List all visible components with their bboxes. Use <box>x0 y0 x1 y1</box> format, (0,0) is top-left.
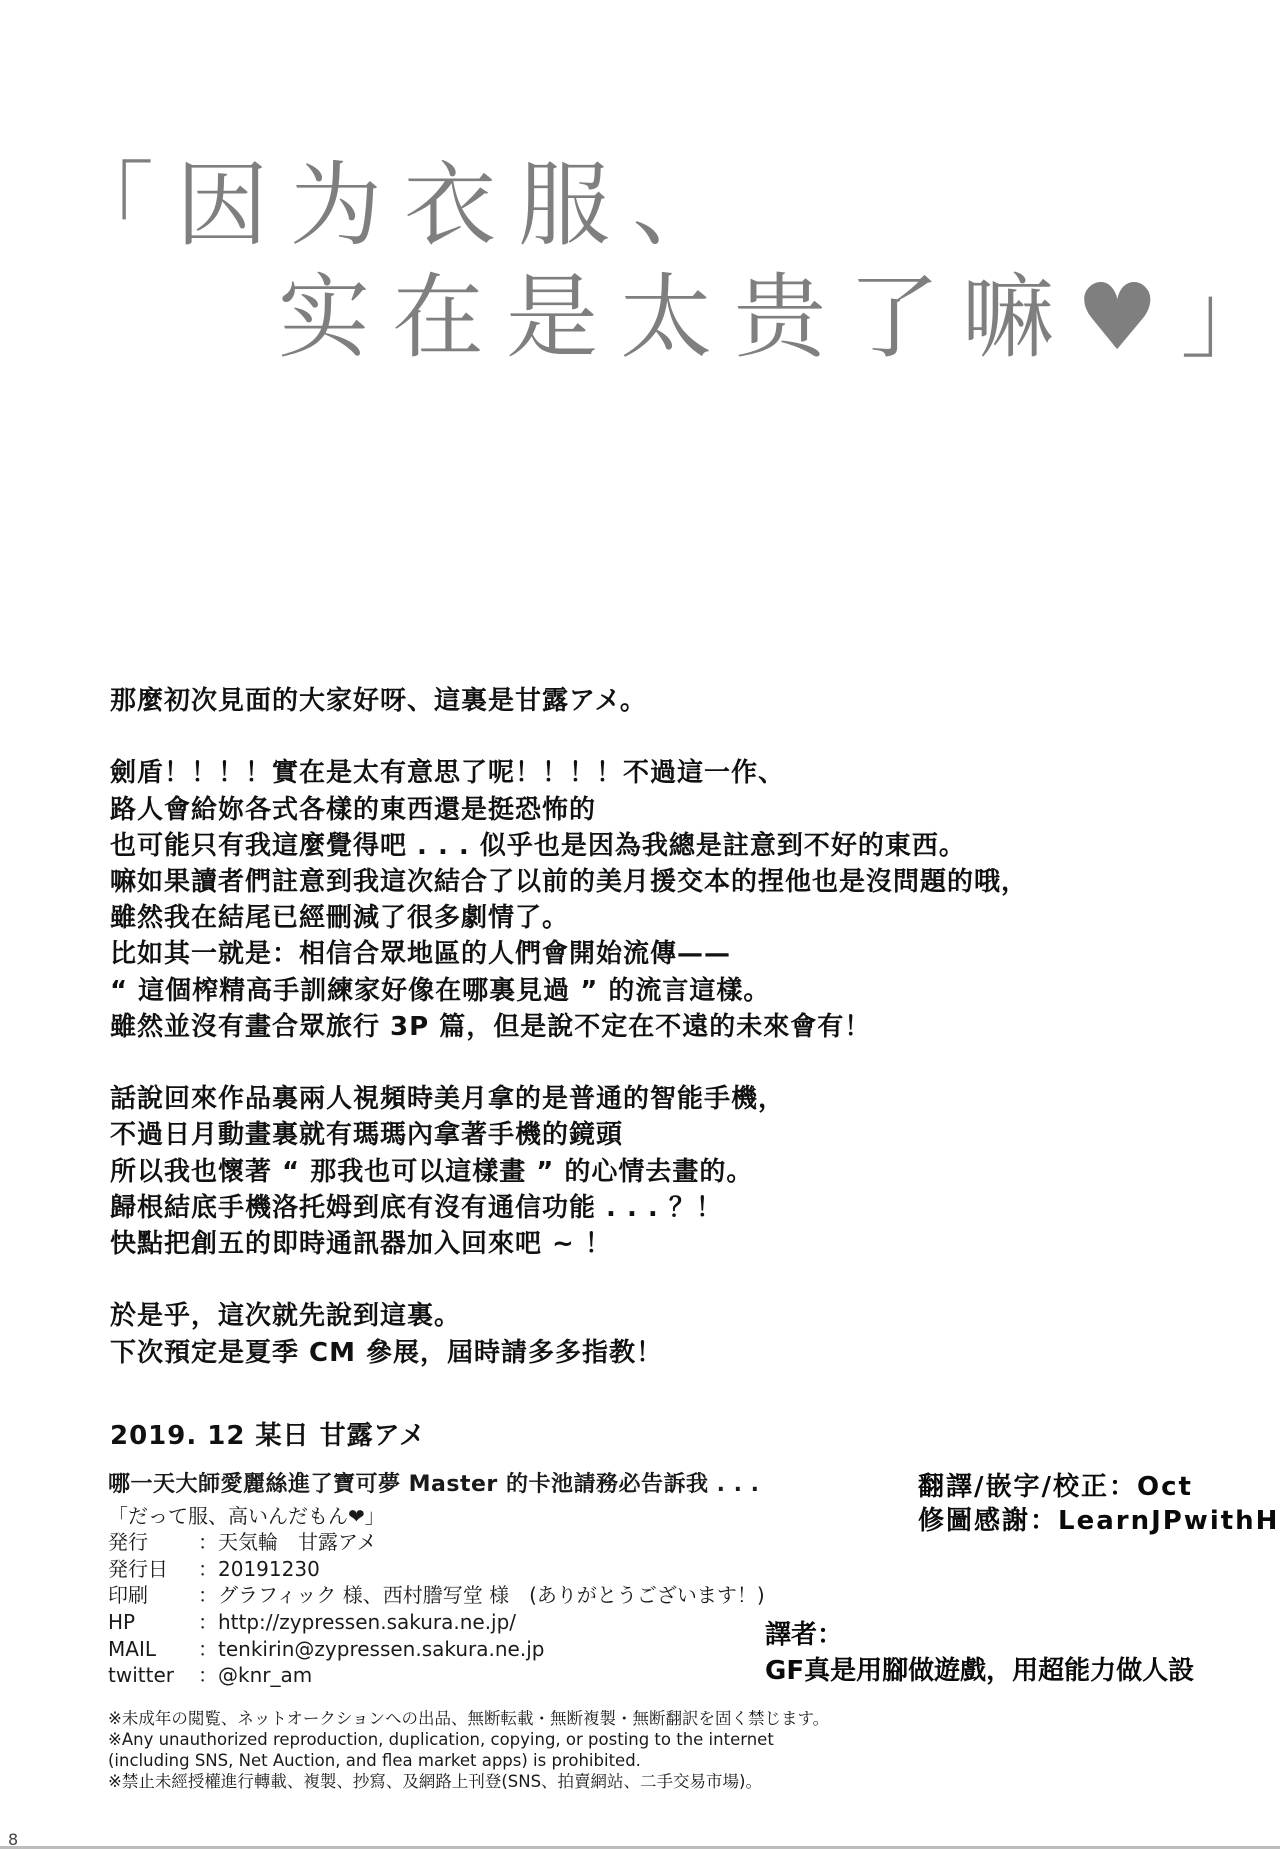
afterword-line: 也可能只有我這麼覺得吧 . . . 似乎也是因為我總是註意到不好的東西。 <box>110 828 1028 864</box>
disclaimer-line: (including SNS, Net Auction, and flea ma… <box>108 1750 829 1771</box>
colophon-label: 印刷 <box>108 1582 198 1609</box>
afterword-line: 嘛如果讀者們註意到我這次結合了以前的美月援交本的捏他也是沒問題的哦， <box>110 864 1028 900</box>
afterword-line: 於是乎，這次就先說到這裏。 <box>110 1298 1028 1334</box>
afterword-line: “ 這個榨精高手訓練家好像在哪裏見過 ” 的流言這樣。 <box>110 973 1028 1009</box>
afterword-line: 路人會給妳各式各樣的東西還是挺恐怖的 <box>110 792 1028 828</box>
afterword-paragraph-2: 劍盾！！！！實在是太有意思了呢！！！！不過這一作、 路人會給妳各式各樣的東西還是… <box>110 755 1028 1045</box>
afterword-line: 歸根結底手機洛托姆到底有沒有通信功能 . . . ？！ <box>110 1190 1028 1226</box>
translator-comment: GF真是用腳做遊戲，用超能力做人設 <box>765 1653 1194 1689</box>
twitter-handle[interactable]: @knr_am <box>218 1662 312 1689</box>
colophon-row-twitter: twitter：@knr_am <box>108 1662 765 1689</box>
colophon-row-publisher: 発行：天気輪 甘露アメ <box>108 1529 765 1556</box>
colophon-separator: ： <box>198 1529 218 1556</box>
colophon-separator: ： <box>198 1636 218 1663</box>
afterword-line: 那麼初次見面的大家好呀、這裏是甘露アメ。 <box>110 683 1028 719</box>
title-line-2-text: 实在是太贵了嘛 <box>278 264 1076 371</box>
translation-credits: 翻譯/嵌字/校正：Oct 修圖感謝：LearnJPwithH <box>918 1470 1279 1538</box>
book-title: 「だって服、高いんだもん❤」 <box>108 1503 765 1530</box>
translator-label: 譯者： <box>765 1617 1194 1653</box>
disclaimer: ※未成年の閲覧、ネットオークションへの出品、無断転載・無断複製・無断翻訳を固く禁… <box>108 1708 829 1792</box>
afterword-line: 話說回來作品裏兩人視頻時美月拿的是普通的智能手機， <box>110 1081 1028 1117</box>
colophon-separator: ： <box>198 1662 218 1689</box>
afterword-line: 劍盾！！！！實在是太有意思了呢！！！！不過這一作、 <box>110 755 1028 791</box>
colophon-separator: ： <box>198 1582 218 1609</box>
translator-note: 譯者： GF真是用腳做遊戲，用超能力做人設 <box>765 1617 1194 1689</box>
colophon-label: HP <box>108 1609 198 1636</box>
afterword-body: 那麼初次見面的大家好呀、這裏是甘露アメ。 劍盾！！！！實在是太有意思了呢！！！！… <box>110 683 1028 1407</box>
colophon-row-date: 発行日：20191230 <box>108 1556 765 1583</box>
afterword-line: 比如其一就是：相信合眾地區的人們會開始流傳—— <box>110 936 1028 972</box>
disclaimer-line: ※禁止未經授權進行轉載、複製、抄寫、及網路上刊登(SNS、拍賣網站、二手交易市場… <box>108 1771 829 1792</box>
disclaimer-line: ※未成年の閲覧、ネットオークションへの出品、無断転載・無断複製・無断翻訳を固く禁… <box>108 1708 829 1729</box>
colophon-value: グラフィック 様、西村謄写堂 様 (ありがとうございます！) <box>218 1582 765 1609</box>
credit-retouch: 修圖感謝：LearnJPwithH <box>918 1504 1279 1538</box>
afterword-paragraph-4: 於是乎，這次就先說到這裏。 下次預定是夏季 CM 參展，屆時請多多指教！ <box>110 1298 1028 1370</box>
colophon-separator: ： <box>198 1556 218 1583</box>
afterword-line: 快點把創五的即時通訊器加入回來吧 ~ ！ <box>110 1226 1028 1262</box>
signoff: 2019. 12 某日 甘露アメ <box>110 1415 426 1452</box>
title-line-1: 「因为衣服、 <box>62 160 746 252</box>
afterword-line: 不過日月動畫裏就有瑪瑪內拿著手機的鏡頭 <box>110 1117 1028 1153</box>
title-line-2: 实在是太贵了嘛♥」 <box>278 272 1280 364</box>
colophon: 哪一天大師愛麗絲進了寶可夢 Master 的卡池請務必告訴我 . . . 「だっ… <box>108 1472 765 1689</box>
disclaimer-line: ※Any unauthorized reproduction, duplicat… <box>108 1729 829 1750</box>
colophon-row-mail: MAIL：tenkirin@zypressen.sakura.ne.jp <box>108 1636 765 1663</box>
colophon-label: 発行日 <box>108 1556 198 1583</box>
afterword-line: 所以我也懷著 “ 那我也可以這樣畫 ” 的心情去畫的。 <box>110 1154 1028 1190</box>
homepage-link[interactable]: http://zypressen.sakura.ne.jp/ <box>218 1609 516 1636</box>
heart-icon: ♥ <box>1076 264 1180 371</box>
afterword-line: 下次預定是夏季 CM 參展，屆時請多多指教！ <box>110 1335 1028 1371</box>
credit-translation: 翻譯/嵌字/校正：Oct <box>918 1470 1279 1504</box>
colophon-label: twitter <box>108 1662 198 1689</box>
colophon-row-homepage: HP：http://zypressen.sakura.ne.jp/ <box>108 1609 765 1636</box>
afterword-line: 雖然並沒有畫合眾旅行 3P 篇，但是說不定在不遠的未來會有！ <box>110 1009 1028 1045</box>
colophon-label: 発行 <box>108 1529 198 1556</box>
colophon-heading: 哪一天大師愛麗絲進了寶可夢 Master 的卡池請務必告訴我 . . . <box>108 1472 765 1499</box>
title-close-bracket: 」 <box>1181 264 1280 371</box>
colophon-label: MAIL <box>108 1636 198 1663</box>
colophon-value: 天気輪 甘露アメ <box>218 1529 377 1556</box>
afterword-paragraph-3: 話說回來作品裏兩人視頻時美月拿的是普通的智能手機， 不過日月動畫裏就有瑪瑪內拿著… <box>110 1081 1028 1262</box>
mail-link[interactable]: tenkirin@zypressen.sakura.ne.jp <box>218 1636 544 1663</box>
afterword-paragraph-1: 那麼初次見面的大家好呀、這裏是甘露アメ。 <box>110 683 1028 719</box>
colophon-value: 20191230 <box>218 1556 320 1583</box>
afterword-line: 雖然我在結尾已經刪減了很多劇情了。 <box>110 900 1028 936</box>
colophon-separator: ： <box>198 1609 218 1636</box>
colophon-row-printer: 印刷：グラフィック 様、西村謄写堂 様 (ありがとうございます！) <box>108 1582 765 1609</box>
